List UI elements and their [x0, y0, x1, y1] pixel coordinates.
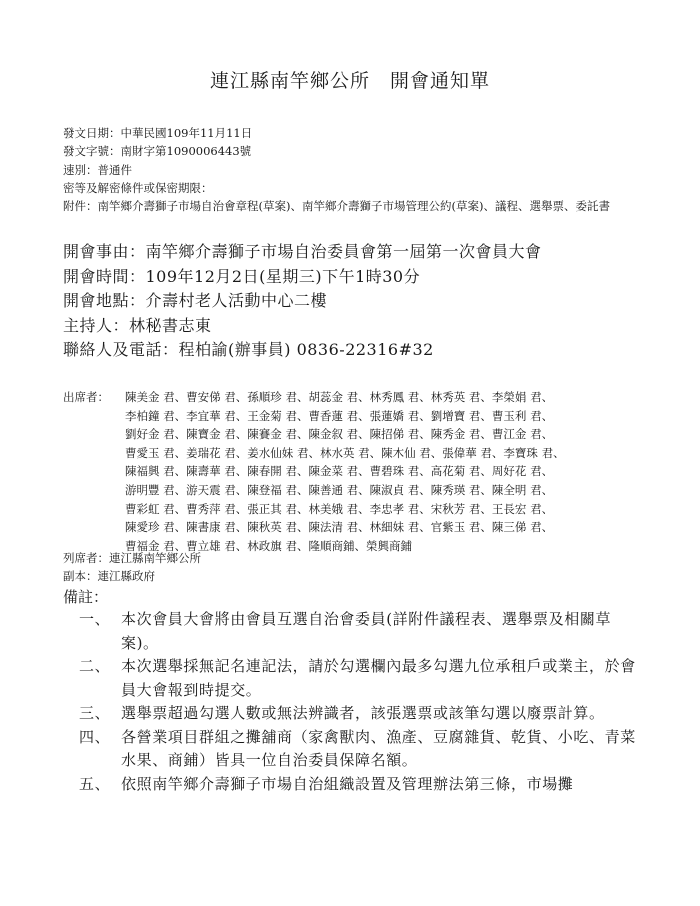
attachments: 附件：南竿鄉介壽獅子市場自治會章程(草案)、南竿鄉介壽獅子市場管理公約(草案)、… [63, 197, 643, 215]
attendees-row: 曹彩虹 君、曹秀萍 君、張正其 君、林美娥 君、李忠孝 君、宋秋芳 君、王長宏 … [125, 500, 553, 519]
attendees-list: 出席者：陳美金 君、曹安俤 君、孫順珍 君、胡蕊金 君、林秀鳳 君、林秀英 君、… [63, 388, 565, 555]
attendees-row: 陳愛珍 君、陳書康 君、陳秋英 君、陳法清 君、林細妹 君、官紫玉 君、陳三俤 … [125, 518, 553, 537]
document-title: 連江縣南竿鄉公所 開會通知單 [0, 66, 700, 93]
meeting-location: 開會地點：介壽村老人活動中心二樓 [63, 289, 542, 314]
copy-to: 副本：連江縣政府 [63, 567, 201, 585]
meeting-details: 開會事由：南竿鄉介壽獅子市場自治委員會第一屆第一次會員大會 開會時間：109年1… [63, 240, 542, 363]
notes-heading: 備註： [63, 586, 646, 608]
note-item: 四、各營業項目群組之攤舖商（家禽獸肉、漁產、豆腐雜貨、乾貨、小吃、青菜水果、商鋪… [63, 726, 646, 773]
notes-list: 一、本次會員大會將由會員互選自治會委員(詳附件議程表、選舉票及相關草案)。 二、… [63, 608, 646, 796]
issue-date: 發文日期：中華民國109年11月11日 [63, 124, 643, 142]
note-number: 五、 [79, 773, 110, 797]
note-number: 一、 [79, 608, 110, 632]
attendees-row: 陳美金 君、曹安俤 君、孫順珍 君、胡蕊金 君、林秀鳳 君、林秀英 君、李榮娟 … [125, 388, 553, 407]
note-item: 一、本次會員大會將由會員互選自治會委員(詳附件議程表、選舉票及相關草案)。 [63, 608, 646, 655]
distribution: 列席者：連江縣南竿鄉公所 副本：連江縣政府 [63, 549, 201, 586]
attendees-row: 曹愛玉 君、姜瑞花 君、姜水仙妹 君、林水英 君、陳木仙 君、張偉華 君、李寶珠… [125, 444, 565, 463]
note-number: 四、 [79, 726, 110, 750]
meeting-notice-page: 連江縣南竿鄉公所 開會通知單 發文日期：中華民國109年11月11日 發文字號：… [0, 0, 700, 906]
attendees-row: 劉好金 君、陳寶金 君、陳賽金 君、陳金叙 君、陳招俤 君、陳秀金 君、曹江金 … [125, 425, 553, 444]
note-text: 各營業項目群組之攤舖商（家禽獸肉、漁產、豆腐雜貨、乾貨、小吃、青菜水果、商鋪）皆… [121, 728, 636, 770]
note-text: 選舉票超過勾選人數或無法辨識者，該張選票或該筆勾選以廢票計算。 [121, 704, 605, 722]
notes-section: 備註： 一、本次會員大會將由會員互選自治會委員(詳附件議程表、選舉票及相關草案)… [63, 586, 646, 796]
note-item: 五、依照南竿鄉介壽獅子市場自治組織設置及管理辦法第三條，市場攤 [63, 773, 646, 797]
observers: 列席者：連江縣南竿鄉公所 [63, 549, 201, 567]
document-meta: 發文日期：中華民國109年11月11日 發文字號：南財字第1090006443號… [63, 124, 643, 215]
attendees-row: 陳福興 君、陳壽華 君、陳春開 君、陳金菜 君、曹碧珠 君、高花菊 君、周好花 … [125, 462, 553, 481]
doc-number: 發文字號：南財字第1090006443號 [63, 142, 643, 160]
attendees-row: 游明豐 君、游天震 君、陳登福 君、陳善通 君、陳淑貞 君、陳秀瑛 君、陳全明 … [125, 481, 553, 500]
classification: 密等及解密條件或保密期限： [63, 179, 643, 197]
urgency: 速別：普通件 [63, 161, 643, 179]
note-text: 依照南竿鄉介壽獅子市場自治組織設置及管理辦法第三條，市場攤 [121, 775, 573, 793]
attendees-row: 李柏鐘 君、李宜華 君、王金菊 君、曹香蓮 君、張蓮嬌 君、劉增寶 君、曹玉利 … [125, 407, 553, 426]
attendees-label: 出席者： [63, 388, 125, 407]
meeting-subject: 開會事由：南竿鄉介壽獅子市場自治委員會第一屆第一次會員大會 [63, 240, 542, 265]
meeting-contact: 聯絡人及電話：程柏諭(辦事員) 0836-22316#32 [63, 338, 542, 363]
note-item: 二、本次選舉採無記名連記法，請於勾選欄內最多勾選九位承租戶或業主，於會員大會報到… [63, 655, 646, 702]
note-text: 本次選舉採無記名連記法，請於勾選欄內最多勾選九位承租戶或業主，於會員大會報到時提… [121, 657, 636, 699]
meeting-host: 主持人：林秘書志東 [63, 314, 542, 339]
note-text: 本次會員大會將由會員互選自治會委員(詳附件議程表、選舉票及相關草案)。 [121, 610, 611, 652]
note-item: 三、選舉票超過勾選人數或無法辨識者，該張選票或該筆勾選以廢票計算。 [63, 702, 646, 726]
note-number: 三、 [79, 702, 110, 726]
meeting-time: 開會時間：109年12月2日(星期三)下午1時30分 [63, 265, 542, 290]
note-number: 二、 [79, 655, 110, 679]
